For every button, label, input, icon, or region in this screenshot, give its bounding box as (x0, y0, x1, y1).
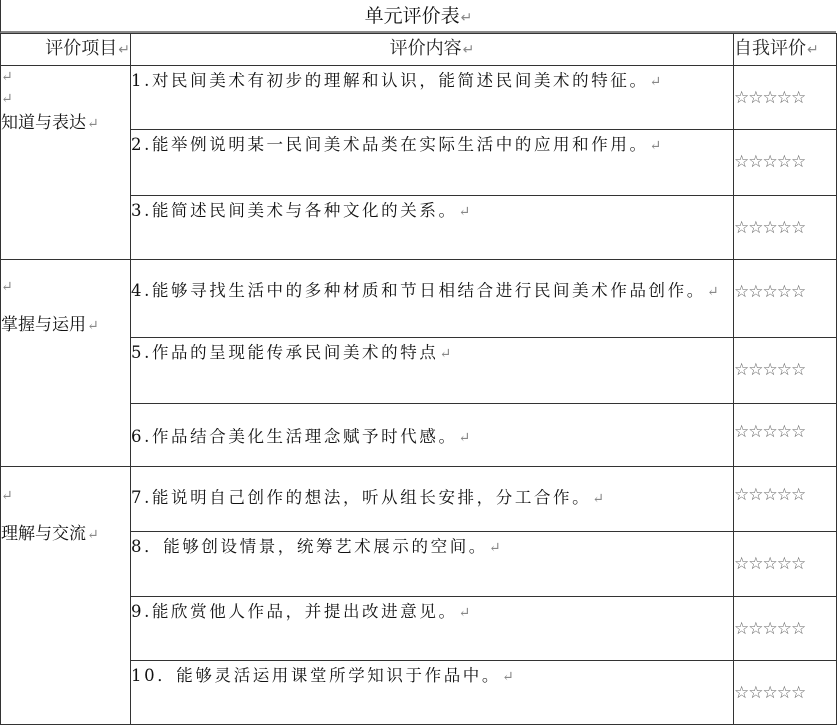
paragraph-mark-icon: ↵ (650, 138, 664, 154)
paragraph-mark-icon: ↵ (439, 346, 453, 362)
paragraph-mark-icon: ↵ (459, 430, 473, 446)
criterion-cell: 9.能欣赏他人作品，并提出改进意见。↵ (131, 597, 734, 661)
star-rating[interactable]: ☆☆☆☆☆ (734, 260, 837, 338)
star-rating[interactable]: ☆☆☆☆☆ (734, 66, 837, 130)
paragraph-mark-icon: ↵ (463, 42, 475, 58)
table-row: ↵ 掌握与运用↵ 4.能够寻找生活中的多种材质和节日相结合进行民间美术作品创作。… (1, 260, 837, 338)
star-rating[interactable]: ☆☆☆☆☆ (734, 196, 837, 260)
paragraph-mark-icon: ↵ (87, 527, 99, 543)
paragraph-mark-icon: ↵ (461, 10, 473, 26)
criterion-cell: 7.能说明自己创作的想法，听从组长安排，分工合作。↵ (131, 467, 734, 532)
criterion-cell: 5.作品的呈现能传承民间美术的特点↵ (131, 338, 734, 404)
criterion-cell: 4.能够寻找生活中的多种材质和节日相结合进行民间美术作品创作。↵ (131, 260, 734, 338)
header-row: 评价项目↵ 评价内容↵ 自我评价↵ (1, 34, 837, 66)
criterion-cell: 8．能够创设情景，统筹艺术展示的空间。↵ (131, 532, 734, 597)
header-self-eval: 自我评价↵ (734, 34, 837, 66)
paragraph-mark-icon: ↵ (118, 42, 130, 58)
category-cell: ↵ 理解与交流↵ (1, 467, 131, 725)
star-rating[interactable]: ☆☆☆☆☆ (734, 597, 837, 661)
paragraph-mark-icon: ↵ (489, 540, 503, 556)
paragraph-mark-icon: ↵ (1, 276, 130, 298)
paragraph-mark-icon: ↵ (459, 204, 473, 220)
category-label: 理解与交流 (1, 524, 86, 544)
category-cell: ↵ 掌握与运用↵ (1, 260, 131, 467)
evaluation-table: 评价项目↵ 评价内容↵ 自我评价↵ ↵ ↵ 知道与表达↵ 1.对民间美术有初步的… (0, 33, 837, 725)
table-row: ↵ 理解与交流↵ 7.能说明自己创作的想法，听从组长安排，分工合作。↵ ☆☆☆☆… (1, 467, 837, 532)
table-row: ↵ ↵ 知道与表达↵ 1.对民间美术有初步的理解和认识，能简述民间美术的特征。↵… (1, 66, 837, 130)
star-rating[interactable]: ☆☆☆☆☆ (734, 661, 837, 725)
category-label: 掌握与运用 (1, 315, 86, 335)
criterion-cell: 2.能举例说明某一民间美术品类在实际生活中的应用和作用。↵ (131, 130, 734, 196)
star-rating[interactable]: ☆☆☆☆☆ (734, 467, 837, 532)
category-label: 知道与表达 (1, 113, 86, 133)
paragraph-mark-icon: ↵ (1, 88, 130, 110)
criterion-cell: 1.对民间美术有初步的理解和认识，能简述民间美术的特征。↵ (131, 66, 734, 130)
table-title: 单元评价表↵ (0, 0, 836, 33)
paragraph-mark-icon: ↵ (502, 669, 516, 685)
paragraph-mark-icon: ↵ (459, 605, 473, 621)
star-rating[interactable]: ☆☆☆☆☆ (734, 338, 837, 404)
header-item: 评价项目↵ (1, 34, 131, 66)
criterion-cell: 6.作品结合美化生活理念赋予时代感。↵ (131, 404, 734, 467)
star-rating[interactable]: ☆☆☆☆☆ (734, 130, 837, 196)
category-cell: ↵ ↵ 知道与表达↵ (1, 66, 131, 260)
star-rating[interactable]: ☆☆☆☆☆ (734, 532, 837, 597)
paragraph-mark-icon: ↵ (650, 74, 664, 90)
table-title-text: 单元评价表 (365, 5, 460, 27)
paragraph-mark-icon: ↵ (1, 485, 130, 507)
paragraph-mark-icon: ↵ (1, 66, 130, 88)
evaluation-document: 单元评价表↵ 评价项目↵ 评价内容↵ 自我评价↵ ↵ ↵ 知道与表达↵ 1.对 (0, 0, 837, 725)
paragraph-mark-icon: ↵ (87, 116, 99, 132)
paragraph-mark-icon: ↵ (707, 284, 721, 300)
header-content: 评价内容↵ (131, 34, 734, 66)
star-rating[interactable]: ☆☆☆☆☆ (734, 404, 837, 467)
paragraph-mark-icon: ↵ (87, 318, 99, 334)
paragraph-mark-icon: ↵ (807, 42, 819, 58)
criterion-cell: 3.能简述民间美术与各种文化的关系。↵ (131, 196, 734, 260)
criterion-cell: 10．能够灵活运用课堂所学知识于作品中。↵ (131, 661, 734, 725)
paragraph-mark-icon: ↵ (592, 491, 606, 507)
